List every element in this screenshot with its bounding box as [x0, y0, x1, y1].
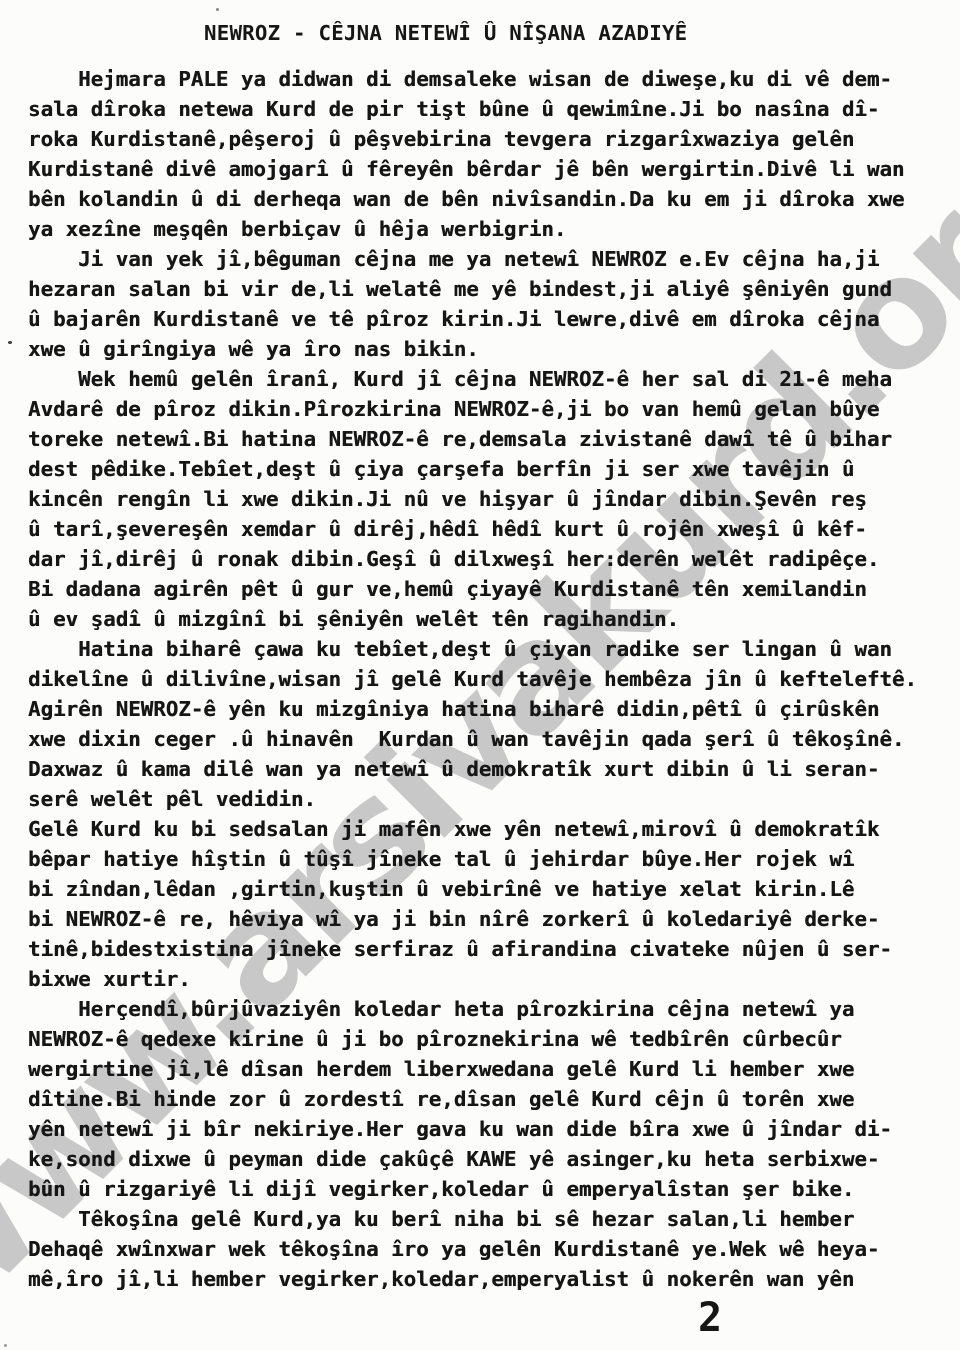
text-line: toreke netewî.Bi hatina NEWROZ-ê re,dems…: [28, 424, 948, 454]
text-line: ke,sond dixwe û peyman dide çakûçê KAWE …: [28, 1144, 948, 1174]
text-line: Dehaqê xwînxwar wek têkoşîna îro ya gelê…: [28, 1234, 948, 1264]
scan-speck: [8, 341, 12, 344]
text-line: kincên rengîn li xwe dikin.Ji nû ve hişy…: [28, 484, 948, 514]
scan-speck: [4, 1344, 7, 1347]
text-line: Hejmara PALE ya didwan di demsaleke wisa…: [28, 64, 948, 94]
text-line: Wek hemû gelên îranî, Kurd jî cêjna NEWR…: [28, 364, 948, 394]
text-line: hezaran salan bi vir de,li welatê me yê …: [28, 274, 948, 304]
text-line: Têkoşîna gelê Kurd,ya ku berî niha bi sê…: [28, 1204, 948, 1234]
scan-speck: [442, 262, 445, 264]
text-line: bixwe xurtir.: [28, 964, 948, 994]
text-line: ya xezîne meşqên berbiçav û hêja werbigr…: [28, 214, 948, 244]
text-line: Hatina biharê çawa ku tebîet,deşt û çiya…: [28, 634, 948, 664]
text-line: dar jî,dirêj û ronak dibin.Geşî û dilxwe…: [28, 544, 948, 574]
text-line: Kurdistanê divê amojgarî û fêreyên bêrda…: [28, 154, 948, 184]
text-line: û ev şadî û mizgînî bi şêniyên welêt tên…: [28, 604, 948, 634]
text-line: roka Kurdistanê,pêşeroj û pêşvebirina te…: [28, 124, 948, 154]
text-line: Daxwaz û kama dilê wan ya netewî û demok…: [28, 754, 948, 784]
text-line: sala dîroka netewa Kurd de pir tişt bûne…: [28, 94, 948, 124]
text-line: dikelîne û dilivîne,wisan jî gelê Kurd t…: [28, 664, 948, 694]
text-line: Herçendî,bûrjûvaziyên koledar heta pîroz…: [28, 994, 948, 1024]
text-line: û bajarên Kurdistanê ve tê pîroz kirin.J…: [28, 304, 948, 334]
text-line: yên netewî ji bîr nekiriye.Her gava ku w…: [28, 1114, 948, 1144]
text-line: Agirên NEWROZ-ê yên ku mizgîniya hatina …: [28, 694, 948, 724]
page-number: 2: [698, 1295, 722, 1341]
text-line: Bi dadana agirên pêt û gur ve,hemû çiyay…: [28, 574, 948, 604]
text-line: Gelê Kurd ku bi sedsalan ji mafên xwe yê…: [28, 814, 948, 844]
text-line: xwe û girîngiya wê ya îro nas bikin.: [28, 334, 948, 364]
text-line: xwe dixin ceger .û hinavên Kurdan û wan …: [28, 724, 948, 754]
text-line: û tarî,şevereşên xemdar û dirêj,hêdî hêd…: [28, 514, 948, 544]
text-line: dîtine.Bi hinde zor û zordestî re,dîsan …: [28, 1084, 948, 1114]
scanned-document-page: www.arsivakurd.org NEWROZ - CÊJNA NETEWÎ…: [0, 0, 960, 1350]
body-text: Hejmara PALE ya didwan di demsaleke wisa…: [28, 64, 948, 1294]
text-line: NEWROZ-ê qedexe kirine û ji bo pîrozneki…: [28, 1024, 948, 1054]
text-line: bi zîndan,lêdan ,girtin,kuştin û vebirîn…: [28, 874, 948, 904]
text-line: Avdarê de pîroz dikin.Pîrozkirina NEWROZ…: [28, 394, 948, 424]
text-line: serê welêt pêl vedidin.: [28, 784, 948, 814]
text-line: bên kolandin û di derheqa wan de bên niv…: [28, 184, 948, 214]
text-line: bêpar hatiye hîştin û tûşî jîneke tal û …: [28, 844, 948, 874]
text-line: dest pêdike.Tebîet,deşt û çiya çarşefa b…: [28, 454, 948, 484]
page-title: NEWROZ - CÊJNA NETEWÎ Û NÎŞANA AZADIYÊ: [204, 21, 687, 45]
text-line: bûn û rizgariyê li dijî vegirker,koledar…: [28, 1174, 948, 1204]
text-line: wergirtine jî,lê dîsan herdem liberxweda…: [28, 1054, 948, 1084]
scan-speck: [216, 8, 219, 11]
text-line: tinê,bidestxistina jîneke serfiraz û afi…: [28, 934, 948, 964]
text-line: Ji van yek jî,bêguman cêjna me ya netewî…: [28, 244, 948, 274]
text-line: mê,îro jî,li hember vegirker,koledar,emp…: [28, 1264, 948, 1294]
text-line: bi NEWROZ-ê re, hêviya wî ya ji bin nîrê…: [28, 904, 948, 934]
